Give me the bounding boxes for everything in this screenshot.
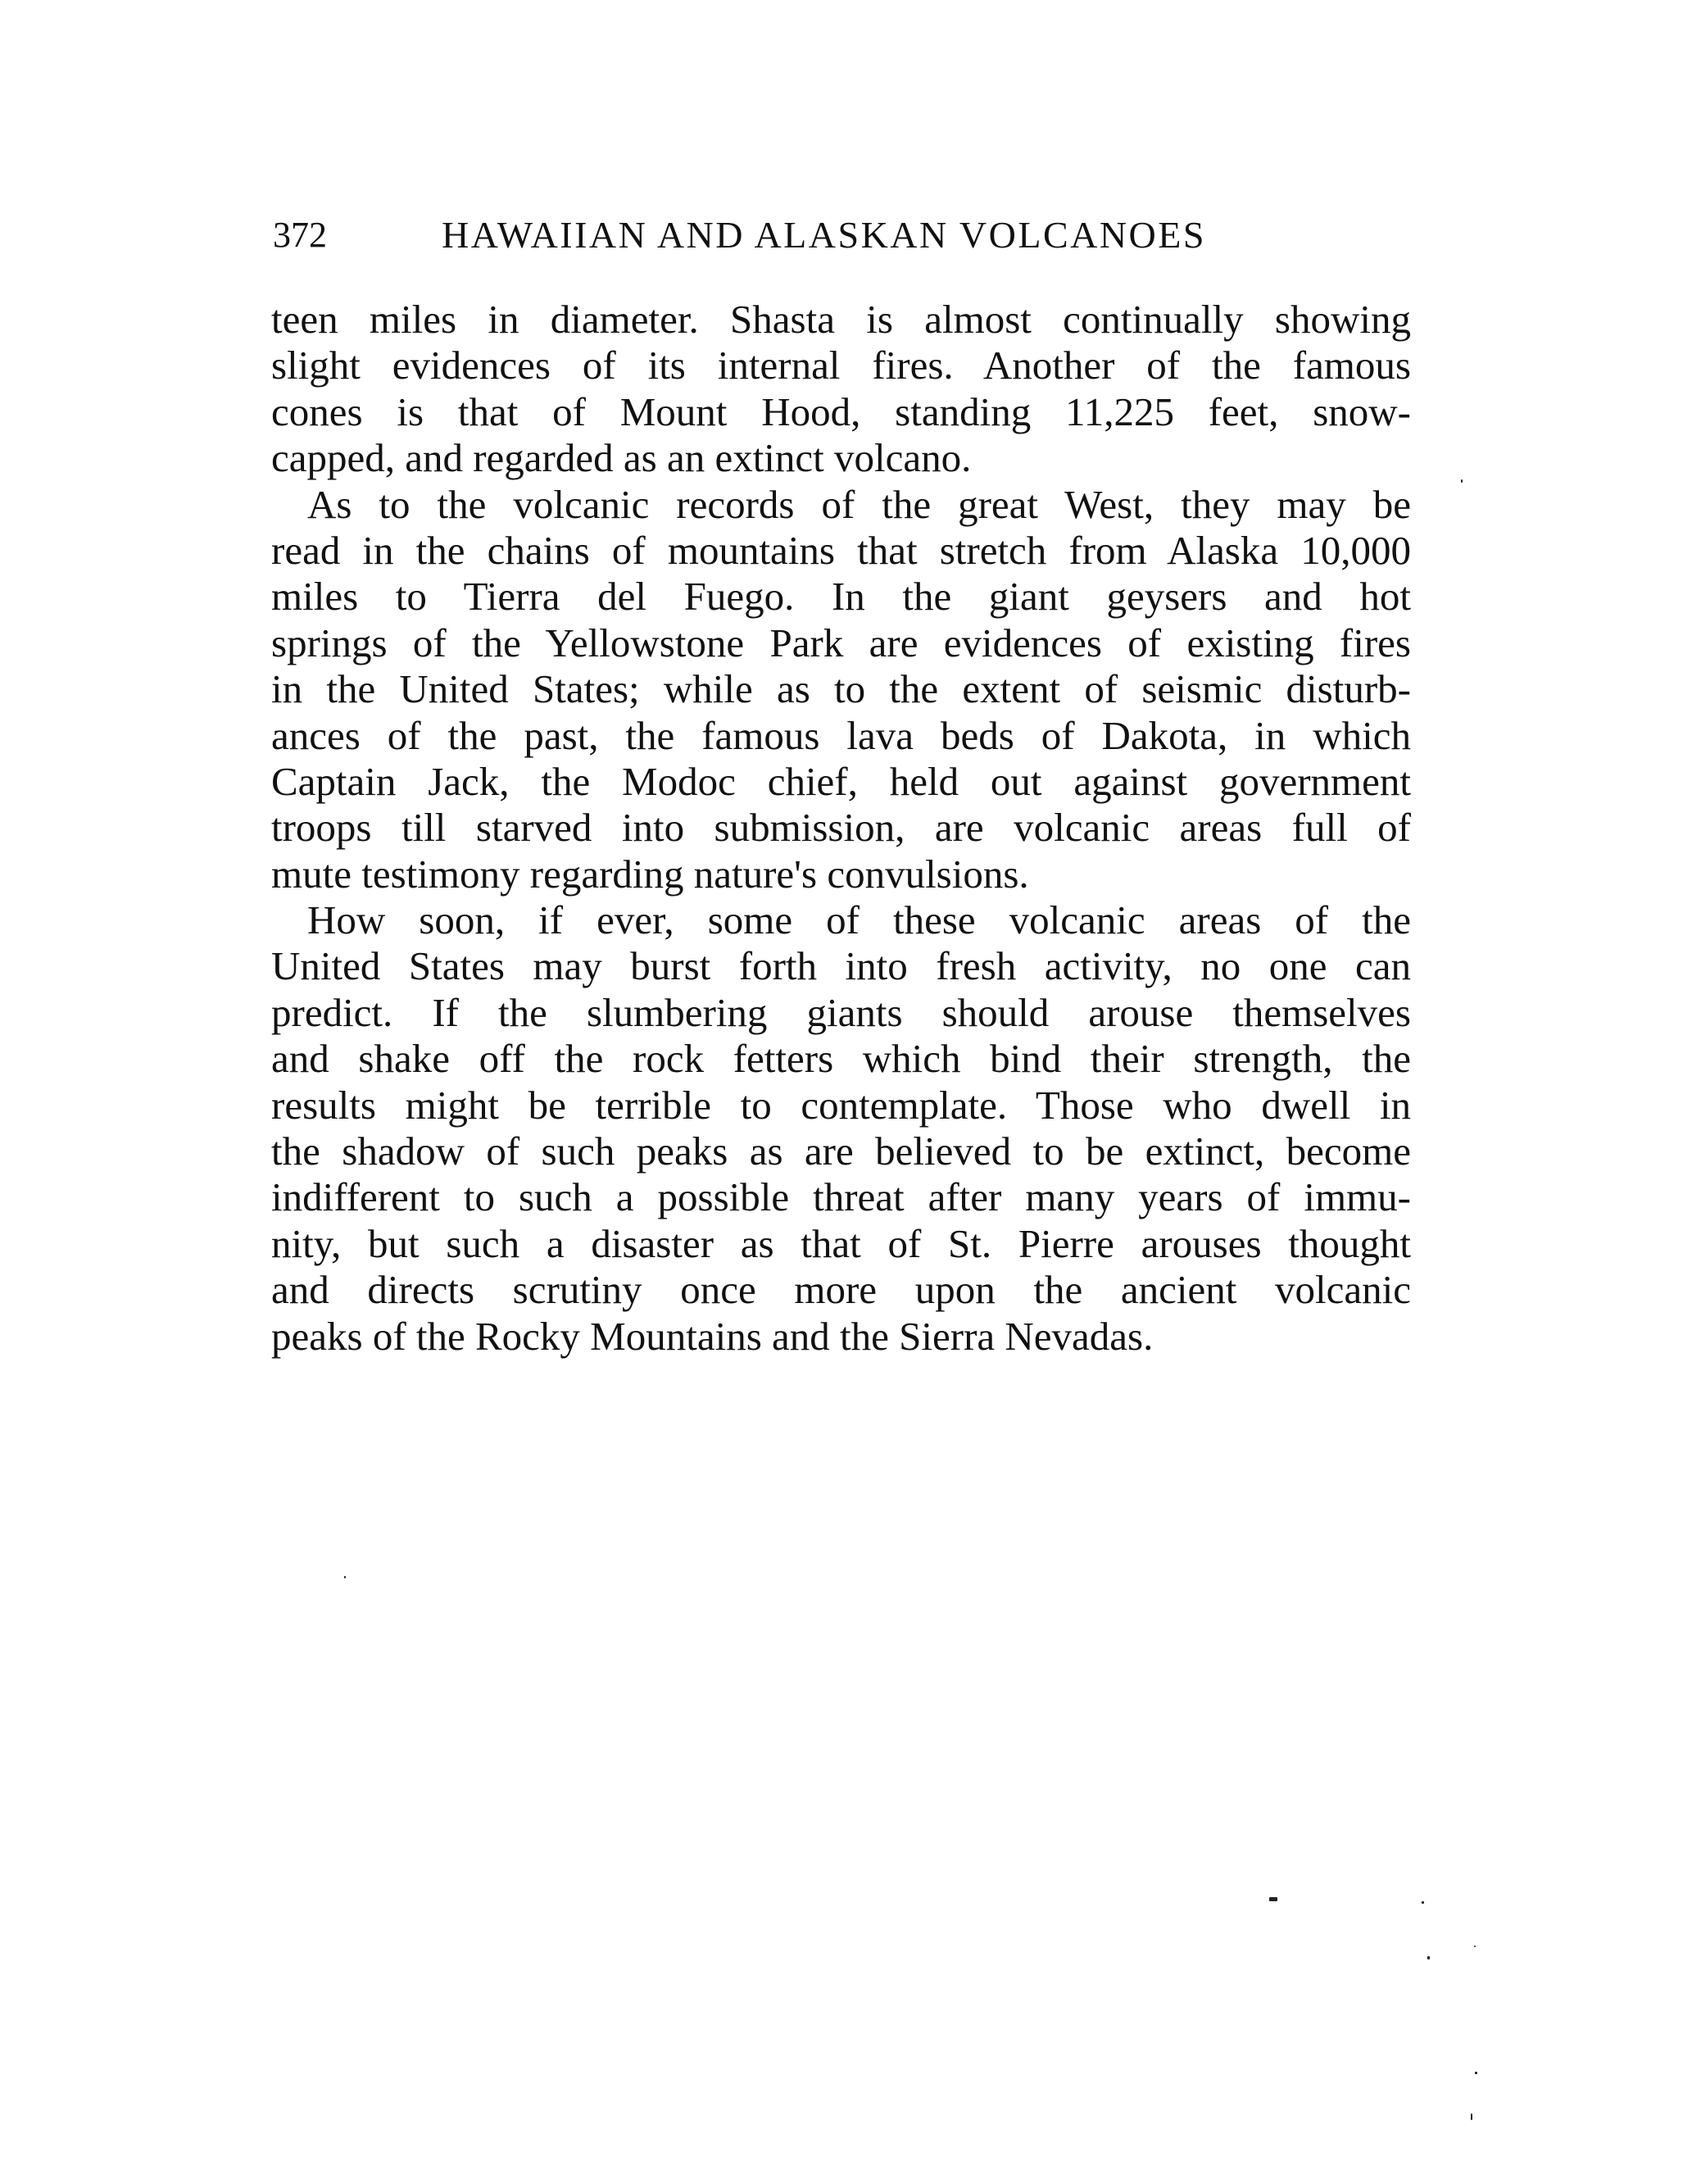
- page-header: 372 HAWAIIAN AND ALASKAN VOLCANOES: [271, 215, 1411, 256]
- text-line: predict. If the slumbering giants should…: [271, 990, 1411, 1036]
- running-head: HAWAIIAN AND ALASKAN VOLCANOES: [442, 215, 1206, 256]
- scan-speck: [1471, 2114, 1472, 2120]
- text-line: As to the volcanic records of the great …: [271, 482, 1411, 528]
- page-number: 372: [273, 215, 327, 256]
- text-line: and shake off the rock fetters which bin…: [271, 1036, 1411, 1082]
- text-line: ances of the past, the famous lava beds …: [271, 713, 1411, 759]
- text-line: and directs scrutiny once more upon the …: [271, 1267, 1411, 1313]
- scan-speck: [1269, 1897, 1277, 1901]
- text-line: cones is that of Mount Hood, standing 11…: [271, 389, 1411, 435]
- text-line: mute testimony regarding nature's convul…: [271, 851, 1411, 897]
- text-line: How soon, if ever, some of these volcani…: [271, 897, 1411, 943]
- body-text: teen miles in diameter. Shasta is almost…: [271, 297, 1411, 1360]
- text-line: troops till starved into submission, are…: [271, 805, 1411, 851]
- text-line: the shadow of such peaks as are believed…: [271, 1128, 1411, 1174]
- text-line: springs of the Yellowstone Park are evid…: [271, 620, 1411, 666]
- text-line: read in the chains of mountains that str…: [271, 528, 1411, 574]
- text-line: slight evidences of its internal fires. …: [271, 343, 1411, 388]
- book-page: 372 HAWAIIAN AND ALASKAN VOLCANOES teen …: [0, 0, 1701, 2184]
- text-line: teen miles in diameter. Shasta is almost…: [271, 297, 1411, 343]
- text-line: nity, but such a disaster as that of St.…: [271, 1221, 1411, 1267]
- text-line: United States may burst forth into fresh…: [271, 943, 1411, 989]
- text-line: peaks of the Rocky Mountains and the Sie…: [271, 1314, 1411, 1360]
- text-line: indifferent to such a possible threat af…: [271, 1174, 1411, 1220]
- scan-speck: [1474, 1946, 1476, 1947]
- text-line: miles to Tierra del Fuego. In the giant …: [271, 574, 1411, 620]
- text-line: in the United States; while as to the ex…: [271, 666, 1411, 712]
- scan-speck: [1422, 1901, 1424, 1904]
- scan-speck: [1461, 479, 1463, 483]
- scan-speck: [344, 1576, 346, 1578]
- scan-speck: [1427, 1956, 1430, 1959]
- text-line: capped, and regarded as an extinct volca…: [271, 435, 1411, 481]
- text-line: Captain Jack, the Modoc chief, held out …: [271, 759, 1411, 805]
- text-line: results might be terrible to contemplate…: [271, 1083, 1411, 1128]
- scan-speck: [1475, 2072, 1477, 2074]
